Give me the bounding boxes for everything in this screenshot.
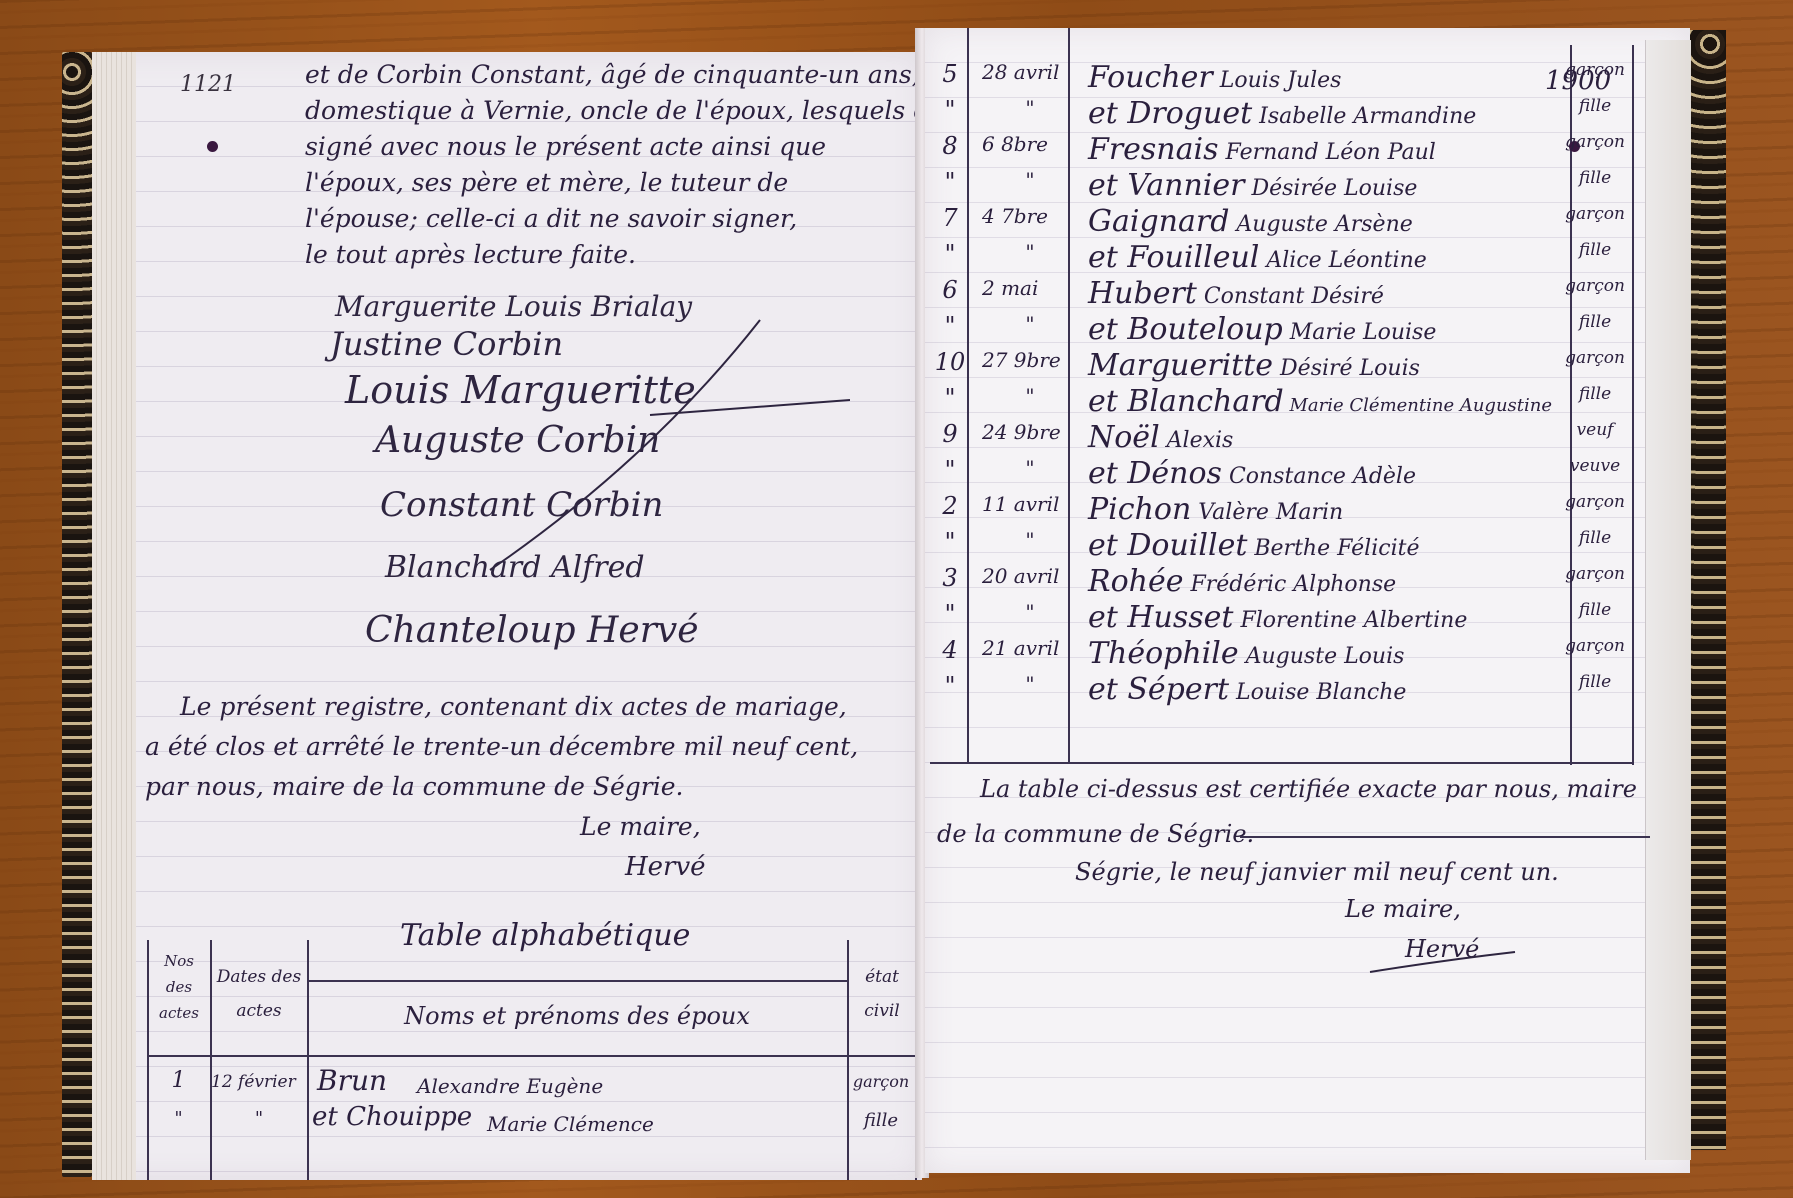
body-line: le tout après lecture faite.	[305, 240, 636, 269]
mayor-title: Le maire,	[580, 812, 701, 841]
body-line: l'épouse; celle-ci a dit ne savoir signe…	[305, 204, 797, 233]
row-given: Marie Clémence	[487, 1112, 654, 1136]
certification-line: La table ci-dessus est certifiée exacte …	[980, 775, 1637, 803]
row-date: "	[211, 1108, 307, 1129]
right-page-edges	[1645, 40, 1691, 1160]
header-date: Dates des actes	[213, 960, 305, 1028]
body-line: l'époux, ses père et mère, le tuteur de	[305, 168, 788, 197]
closing-line: Le présent registre, contenant dix actes…	[180, 692, 847, 721]
signature: Chanteloup Hervé	[365, 610, 699, 651]
signature-flourish	[1365, 950, 1525, 980]
mayor-title: Le maire,	[1345, 895, 1461, 923]
closing-line: a été clos et arrêté le trente-un décemb…	[145, 732, 858, 761]
row-surname: et Chouippe	[312, 1102, 472, 1132]
header-names: Noms et prénoms des époux	[307, 1002, 847, 1030]
body-line: et de Corbin Constant, âgé de cinquante-…	[305, 60, 920, 89]
book-cover-left	[62, 52, 92, 1177]
body-line: domestique à Vernie, oncle de l'époux, l…	[305, 96, 954, 125]
certification-date: Ségrie, le neuf janvier mil neuf cent un…	[1075, 858, 1559, 886]
row-num: 1	[147, 1068, 210, 1093]
row-surname: Brun	[317, 1064, 387, 1097]
ink-dot	[207, 141, 218, 152]
row-etat: fille	[847, 1110, 915, 1131]
book-cover-right	[1690, 30, 1726, 1150]
left-page-edges	[92, 52, 136, 1180]
alphabetical-table-left: Nos des actes Dates des actes Noms et pr…	[147, 940, 917, 1180]
folio-mark: 1121	[180, 72, 236, 97]
closing-line: par nous, maire de la commune de Ségrie.	[145, 772, 683, 801]
header-num: Nos des actes	[149, 948, 209, 1026]
body-line: signé avec nous le présent acte ainsi qu…	[305, 132, 826, 161]
signature-flourish	[470, 300, 850, 600]
row-num: "	[147, 1108, 210, 1129]
row-date: 12 février	[211, 1072, 307, 1092]
row-etat: garçon	[847, 1072, 915, 1091]
header-etat: état civil	[849, 960, 915, 1028]
row-given: Alexandre Eugène	[417, 1074, 603, 1098]
mayor-signature: Hervé	[625, 852, 706, 882]
certification-line: de la commune de Ségrie.	[937, 820, 1254, 848]
